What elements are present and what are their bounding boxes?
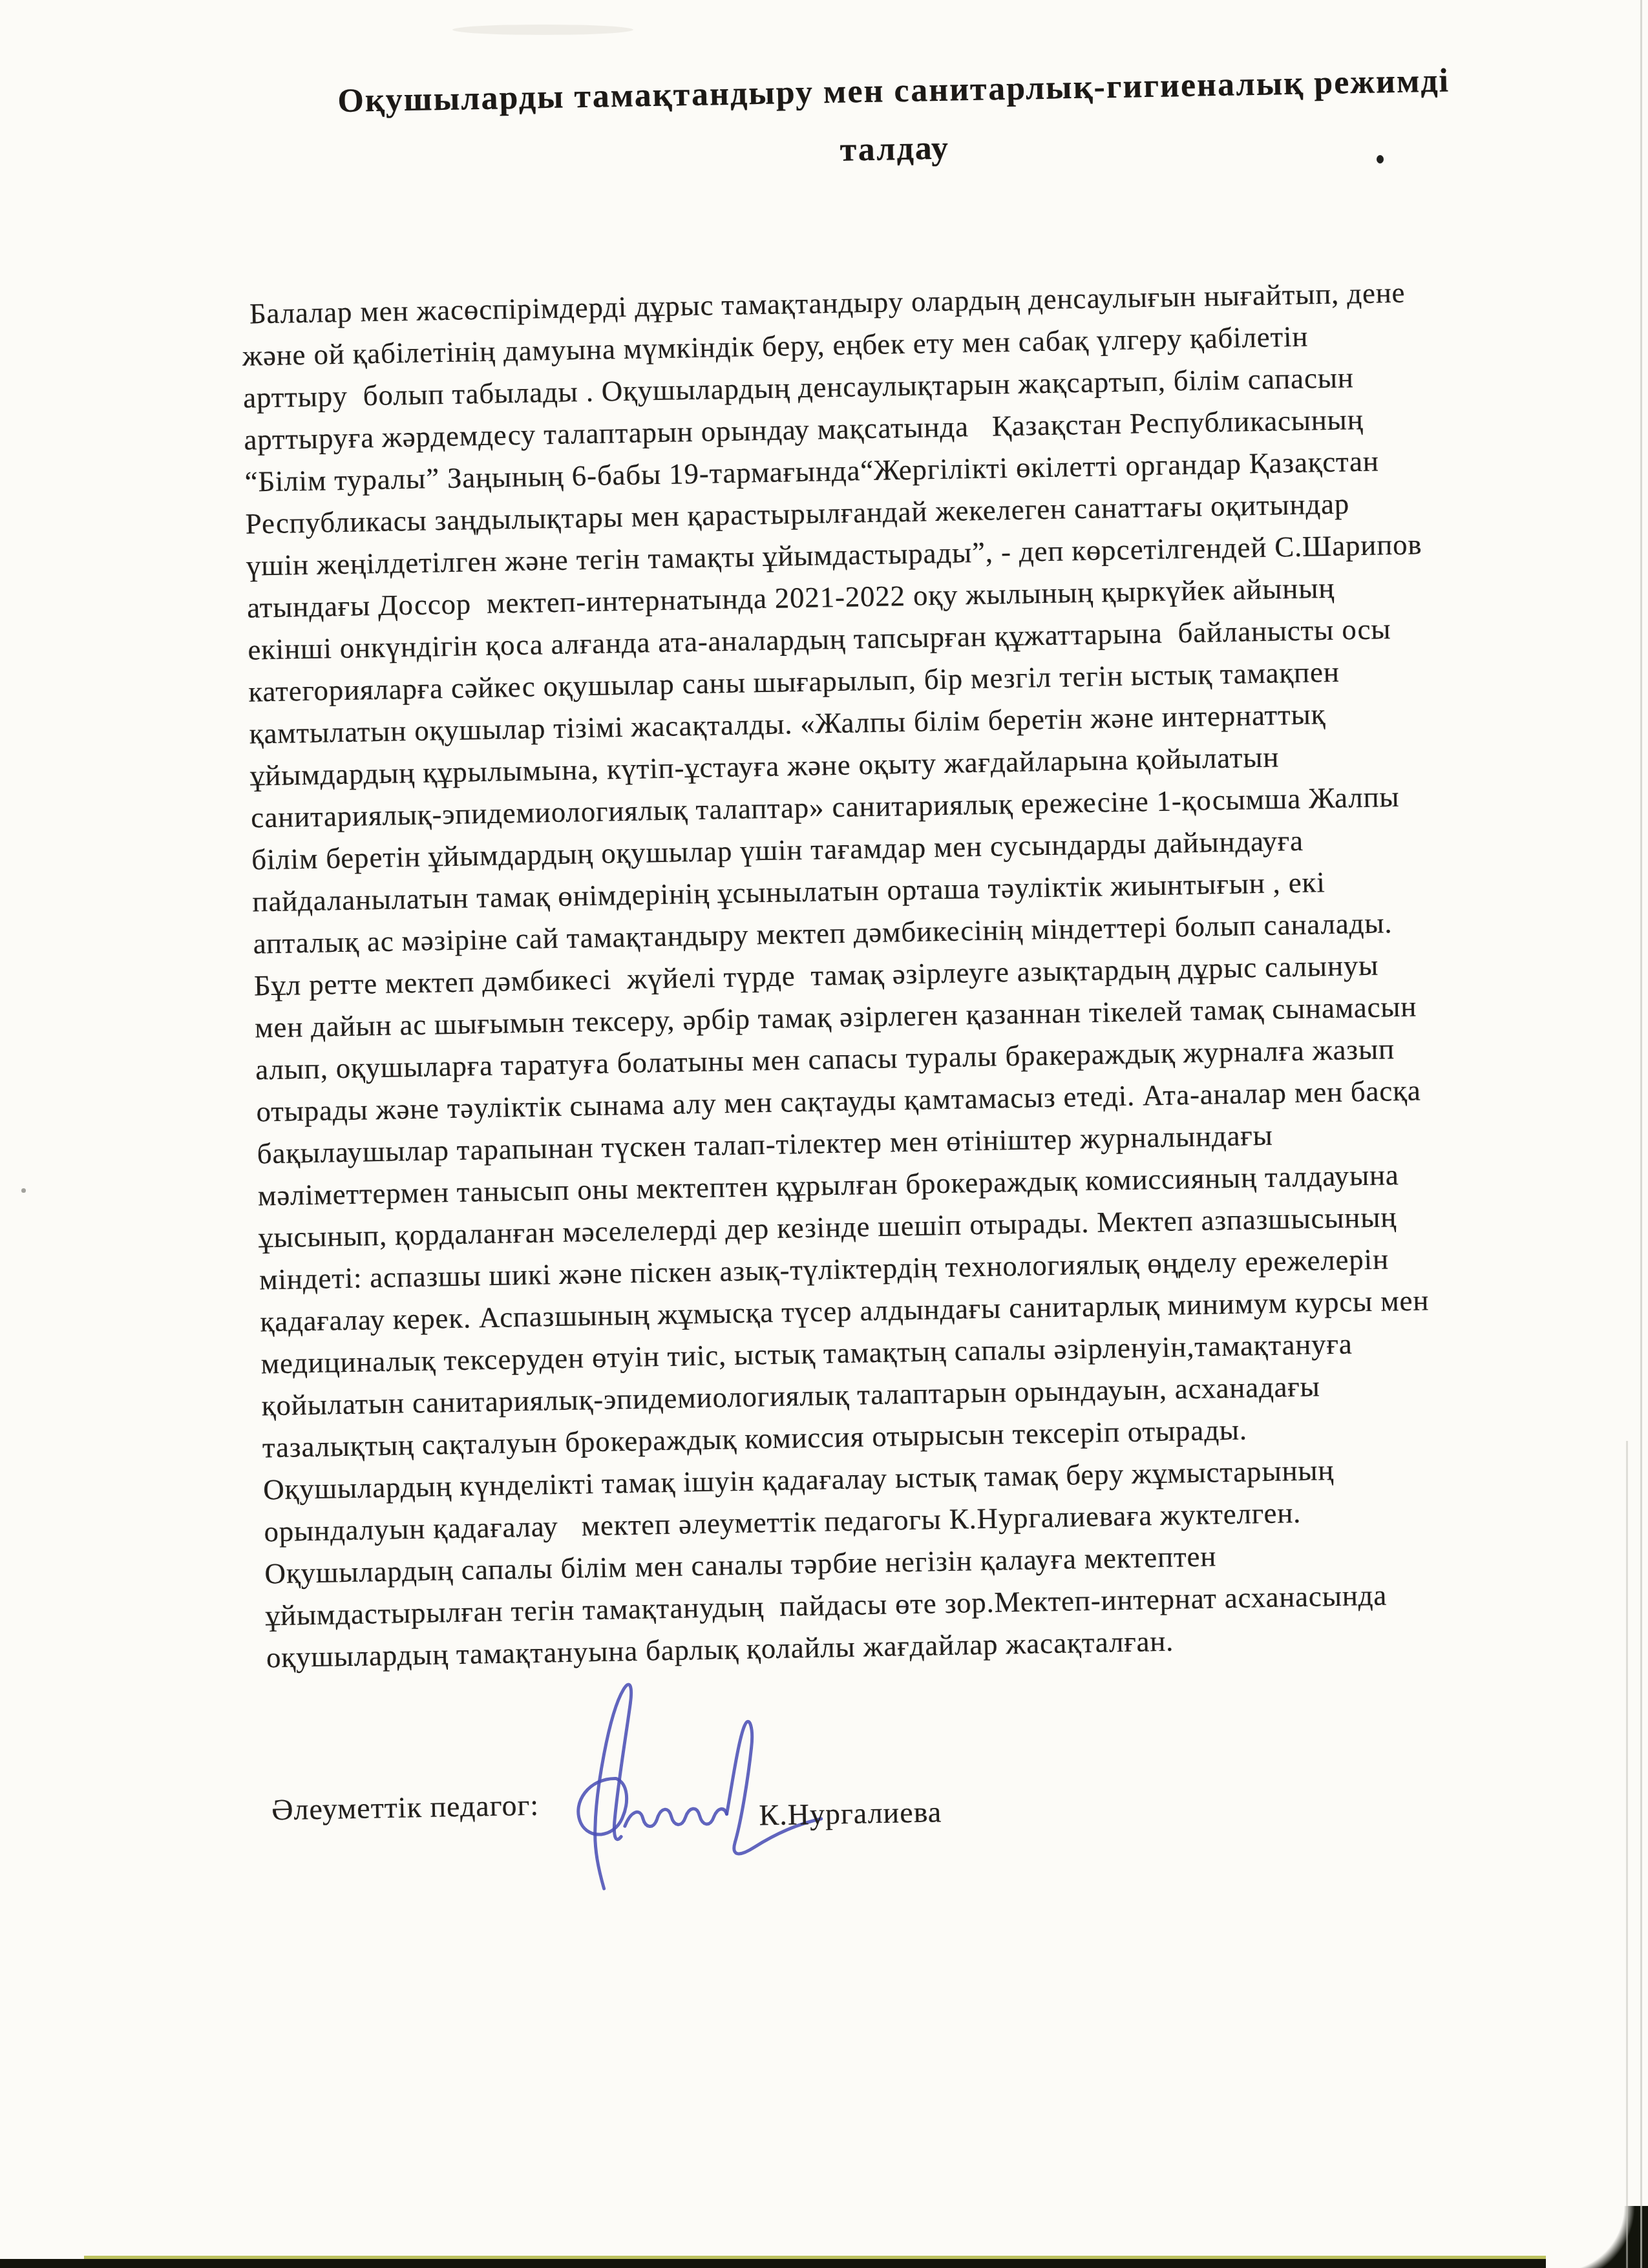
scan-streak-right-outer bbox=[1640, 0, 1642, 2268]
scanned-document-page: Оқушыларды тамақтандыру мен санитарлық-г… bbox=[0, 0, 1648, 2268]
handwritten-signature bbox=[538, 1672, 827, 1896]
document-content: Оқушыларды тамақтандыру мен санитарлық-г… bbox=[237, 50, 1583, 1935]
scan-speck bbox=[21, 1188, 26, 1193]
scan-speck bbox=[1377, 155, 1384, 163]
scan-streak-right-inner bbox=[1626, 1441, 1628, 2268]
scan-edge-bottom-bar bbox=[0, 2259, 1546, 2268]
paper-smudge bbox=[452, 25, 633, 35]
signature-label: Әлеуметтік педагог: bbox=[271, 1788, 540, 1827]
scan-corner-dark bbox=[1559, 2206, 1648, 2268]
signature-row: Әлеуметтік педагог: К.Нургалиева bbox=[269, 1769, 1583, 1935]
signature-name: К.Нургалиева bbox=[759, 1794, 942, 1832]
document-title: Оқушыларды тамақтандыру мен санитарлық-г… bbox=[237, 50, 1551, 191]
document-paragraph: Балалар мен жасөспірімдерді дұрыс тамақт… bbox=[241, 269, 1578, 1679]
